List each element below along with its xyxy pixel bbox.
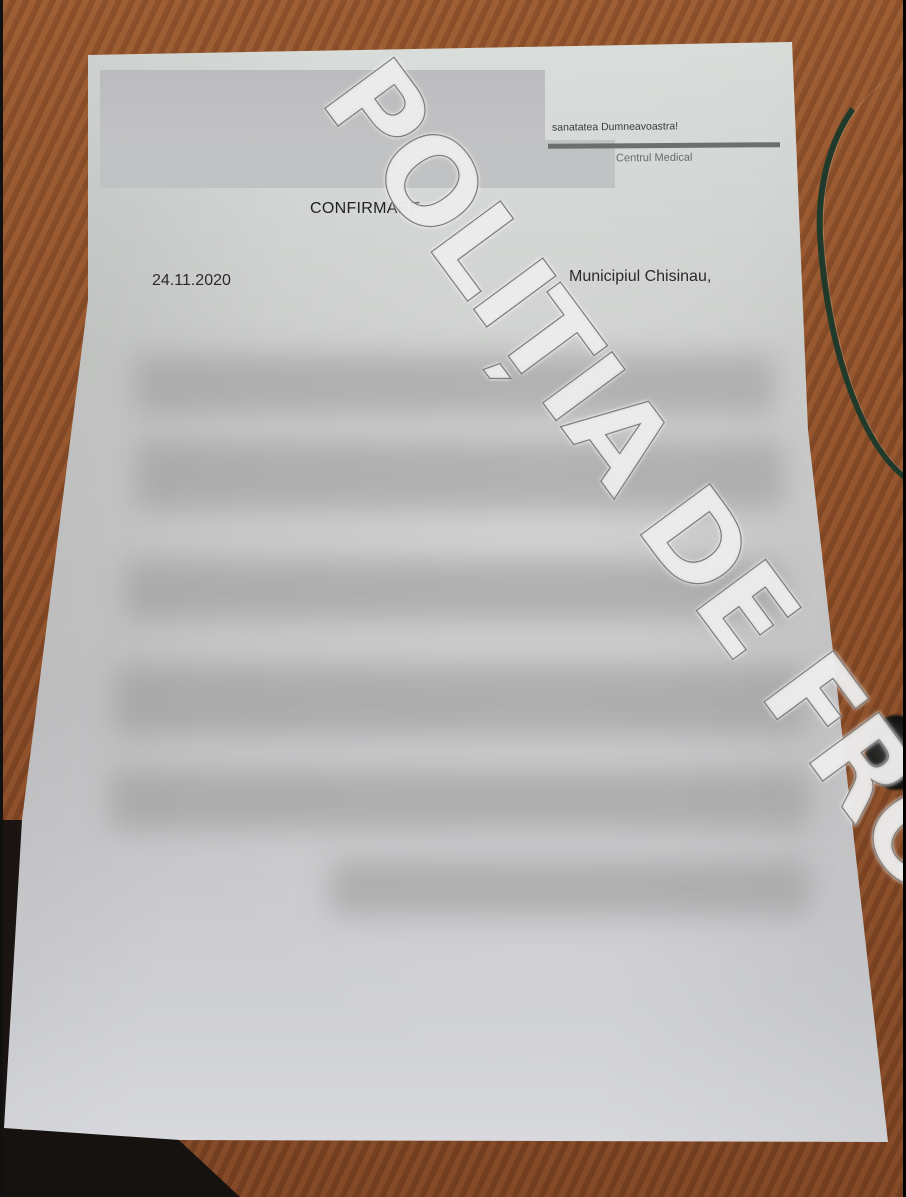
redacted-paragraph <box>135 355 775 415</box>
redacted-header-area-lower <box>100 140 615 188</box>
redacted-paragraph <box>110 770 810 830</box>
redacted-paragraph <box>115 665 805 735</box>
header-line-2: Centrul Medical <box>616 152 693 165</box>
document-title: CONFIRMARE <box>310 200 421 218</box>
redacted-paragraph <box>125 560 785 620</box>
frame-edge <box>0 0 3 1197</box>
document-location: Municipiul Chisinau, <box>569 268 711 286</box>
document-date: 24.11.2020 <box>152 272 231 290</box>
redacted-paragraph <box>330 860 810 915</box>
header-line-1: sanatatea Dumneavoastra! <box>552 120 678 133</box>
redacted-paragraph <box>135 440 785 510</box>
